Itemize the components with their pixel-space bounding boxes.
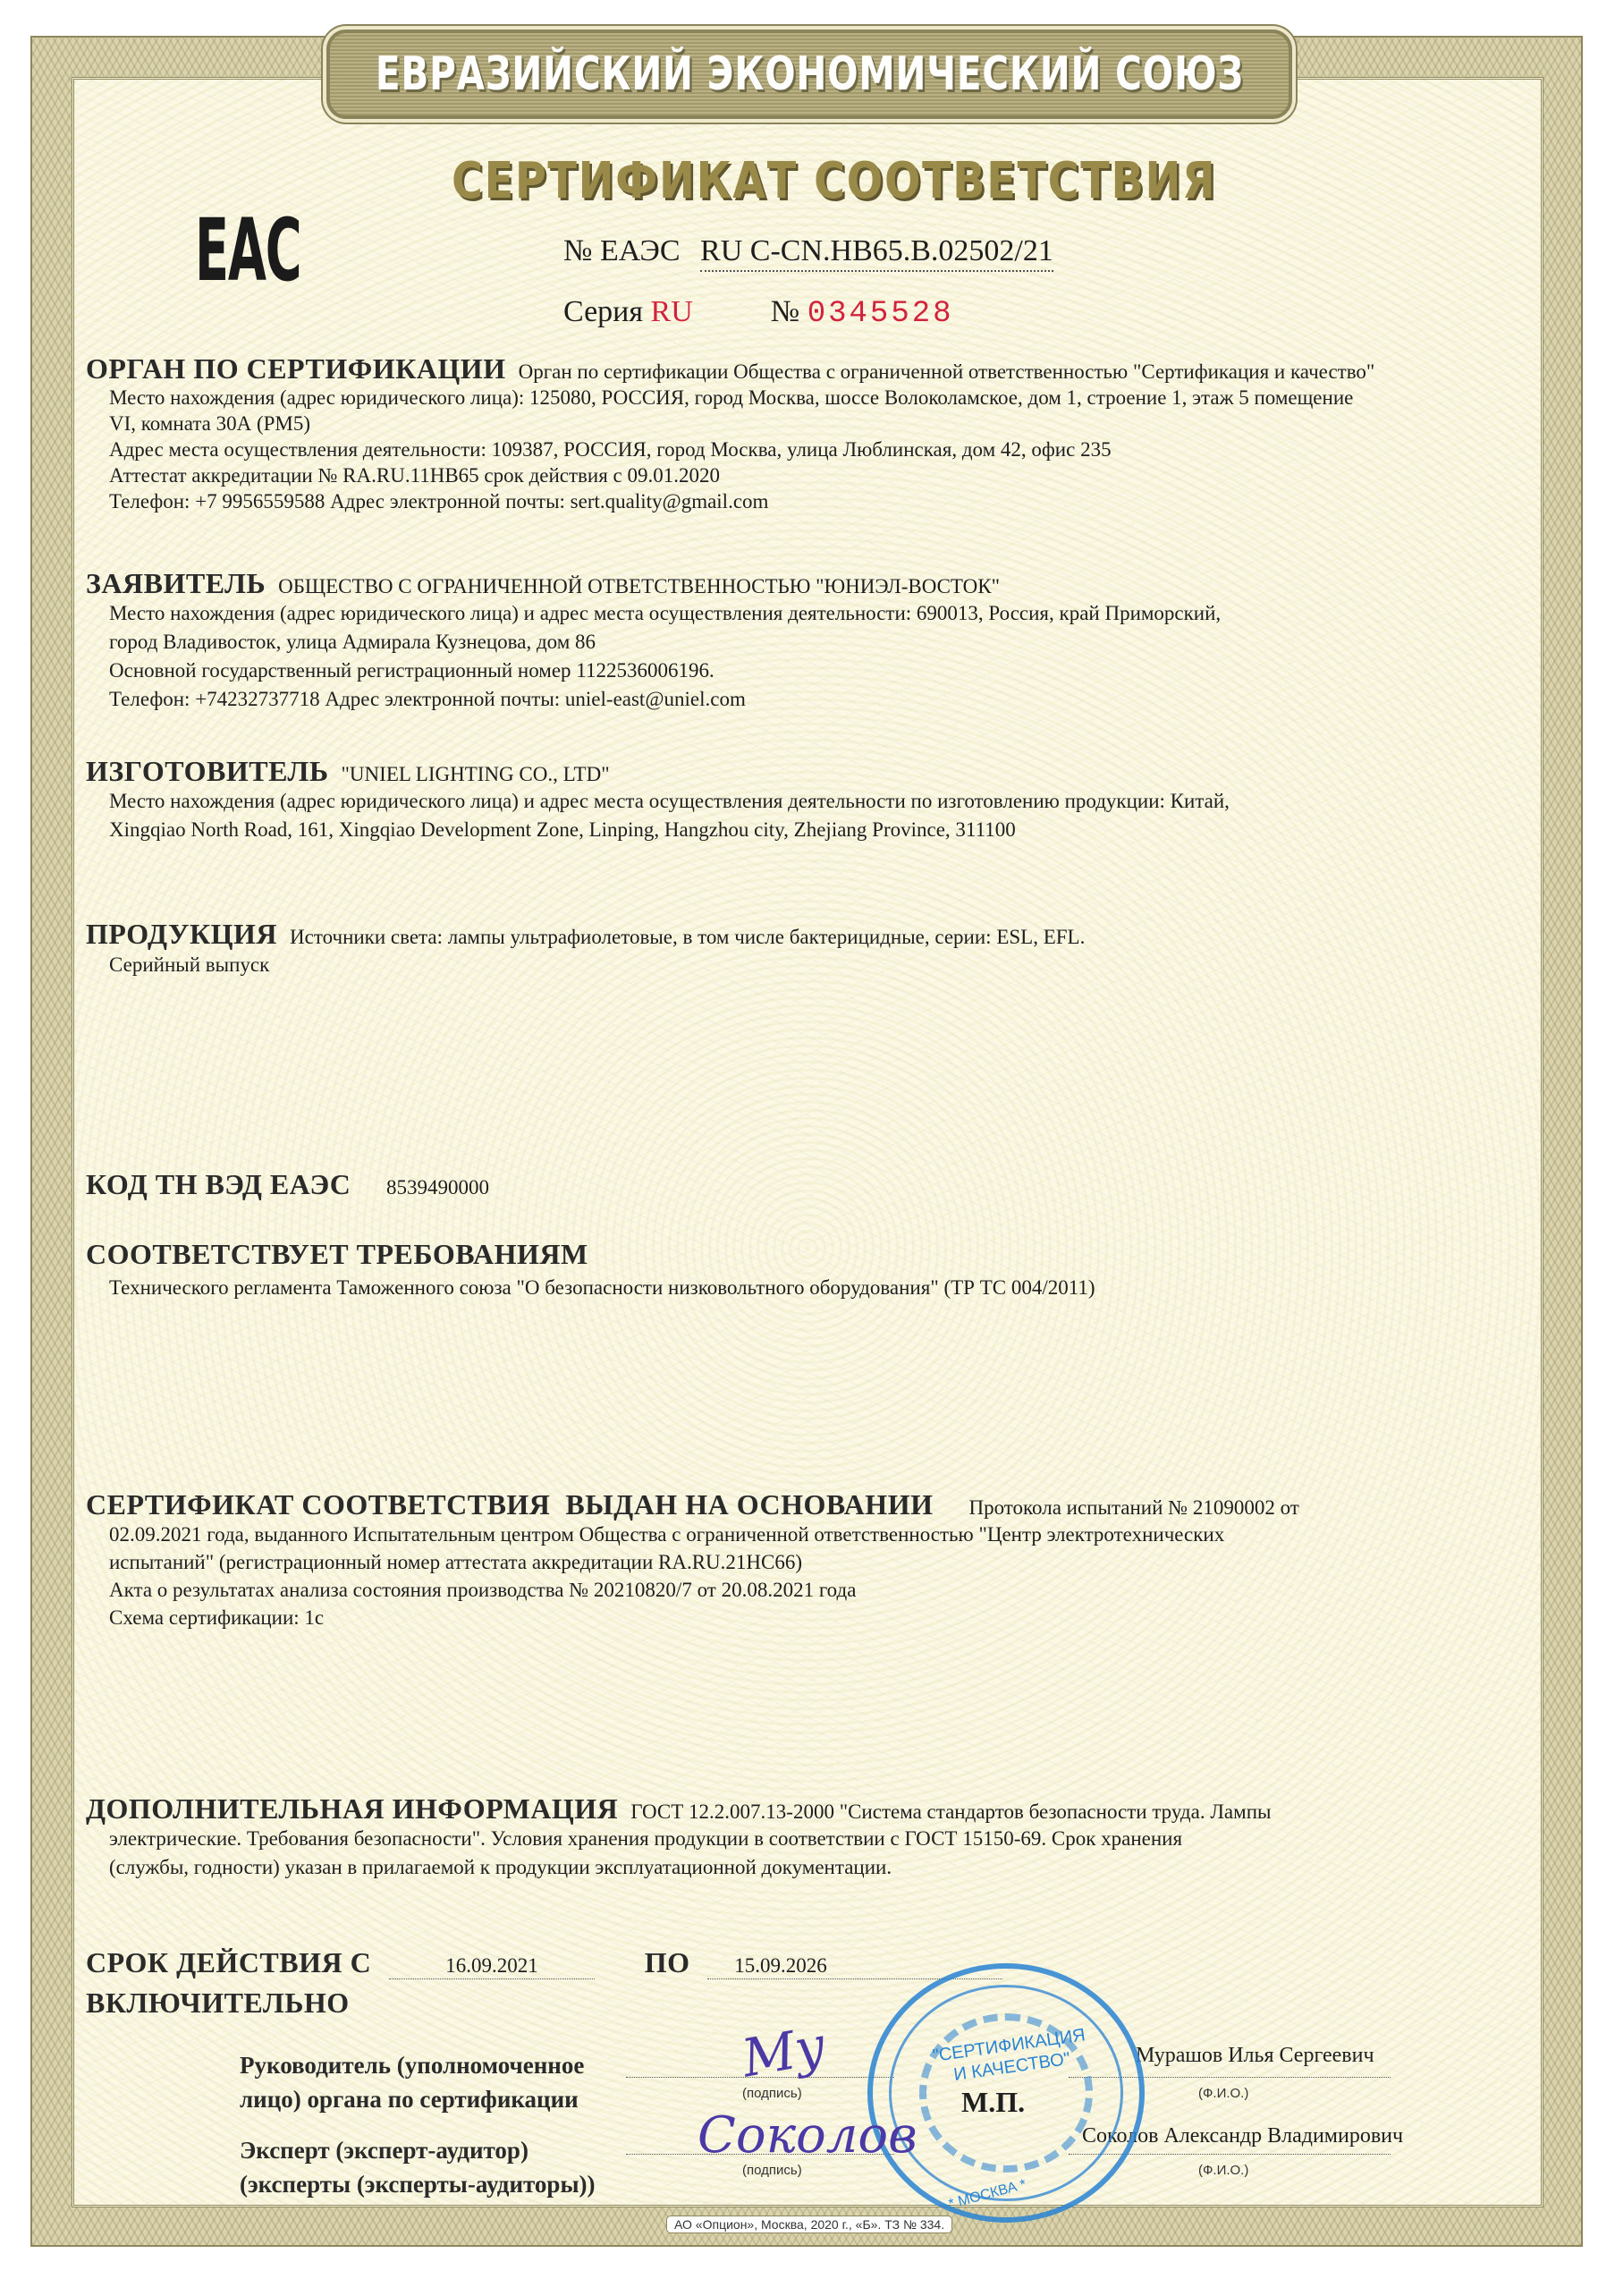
requirements-section: СООТВЕТСТВУЕТ ТРЕБОВАНИЯМ Технического р… — [86, 1241, 1517, 1306]
blank-number: 0345528 — [807, 297, 954, 331]
text-line: Адрес места осуществления деятельности: … — [86, 436, 1517, 462]
certification-body-section: ОРГАН ПО СЕРТИФИКАЦИИОрган по сертификац… — [86, 356, 1517, 514]
basis-section: СЕРТИФИКАТ СООТВЕТСТВИЯ ВЫДАН НА ОСНОВАН… — [86, 1492, 1517, 1631]
section-heading: ОРГАН ПО СЕРТИФИКАЦИИ — [86, 352, 506, 385]
validity-from-label: СРОК ДЕЙСТВИЯ С — [86, 1946, 371, 1978]
head-signatory-name: Мурашов Илья Сергеевич — [1136, 2044, 1374, 2068]
text-line: Схема сертификации: 1с — [86, 1604, 1517, 1631]
manufacturer-section: ИЗГОТОВИТЕЛЬ"UNIEL LIGHTING CO., LTD" Ме… — [86, 758, 1517, 844]
expert-signature: Соколов — [698, 2106, 917, 2165]
text-line: Акта о результатах анализа состояния про… — [86, 1576, 1517, 1604]
section-heading: ПРОДУКЦИЯ — [86, 918, 277, 950]
section-heading: КОД ТН ВЭД ЕАЭС — [86, 1168, 351, 1200]
text-line: Место нахождения (адрес юридического лиц… — [86, 599, 1517, 628]
banner-title: ЕВРАЗИЙСКИЙ ЭКОНОМИЧЕСКИЙ СОЮЗ — [375, 47, 1243, 101]
certification-body-name: Орган по сертификации Общества с огранич… — [519, 360, 1375, 383]
name-caption: (Ф.И.О.) — [1198, 2163, 1248, 2178]
label-line: Эксперт (эксперт-аудитор) — [240, 2133, 596, 2167]
validity-section: СРОК ДЕЙСТВИЯ С 16.09.2021 ПО 15.09.2026… — [86, 1950, 1517, 2019]
section-heading: ДОПОЛНИТЕЛЬНАЯ ИНФОРМАЦИЯ — [86, 1792, 618, 1825]
expert-label: Эксперт (эксперт-аудитор) (эксперты (экс… — [240, 2133, 596, 2201]
series-label: Серия — [563, 295, 643, 328]
label-line: лицо) органа по сертификации — [240, 2082, 584, 2116]
text-line: Аттестат аккредитации № RA.RU.11НВ65 сро… — [86, 462, 1517, 488]
union-banner: ЕВРАЗИЙСКИЙ ЭКОНОМИЧЕСКИЙ СОЮЗ — [326, 30, 1292, 119]
basis-first: Протокола испытаний № 21090002 от — [968, 1496, 1298, 1519]
name-caption: (Ф.И.О.) — [1198, 2086, 1248, 2101]
head-signatory-label: Руководитель (уполномоченное лицо) орган… — [240, 2048, 584, 2116]
series-line: Серия RU № 0345528 — [563, 295, 954, 331]
applicant-name: ОБЩЕСТВО С ОГРАНИЧЕННОЙ ОТВЕТСТВЕННОСТЬЮ… — [278, 575, 1000, 597]
label-line: (эксперты (эксперты-аудиторы)) — [240, 2167, 596, 2201]
section-heading: ИЗГОТОВИТЕЛЬ — [86, 755, 329, 787]
validity-to-label: ПО — [645, 1946, 690, 1978]
applicant-section: ЗАЯВИТЕЛЬОБЩЕСТВО С ОГРАНИЧЕННОЙ ОТВЕТСТ… — [86, 571, 1517, 714]
section-heading: СООТВЕТСТВУЕТ ТРЕБОВАНИЯМ — [86, 1238, 588, 1270]
label-line: Руководитель (уполномоченное — [240, 2048, 584, 2082]
text-line: Технического регламента Таможенного союз… — [86, 1270, 1517, 1306]
text-line: Xingqiao North Road, 161, Xingqiao Devel… — [86, 816, 1517, 844]
validity-from-date: 16.09.2021 — [389, 1953, 595, 1979]
registration-number: RU C-CN.НВ65.В.02502/21 — [700, 234, 1053, 272]
text-line: Серийный выпуск — [86, 950, 1517, 980]
product-section: ПРОДУКЦИЯИсточники света: лампы ультрафи… — [86, 921, 1517, 980]
text-line: Телефон: +7 9956559588 Адрес электронной… — [86, 488, 1517, 514]
printer-imprint: АО «Опцион», Москва, 2020 г., «Б». ТЗ № … — [666, 2216, 952, 2233]
text-line: Место нахождения (адрес юридического лиц… — [86, 787, 1517, 816]
seal-place-mark: М.П. — [961, 2086, 1025, 2119]
text-line: (службы, годности) указан в прилагаемой … — [86, 1853, 1517, 1882]
blank-number-label: № — [771, 295, 799, 328]
certificate-title: СЕРТИФИКАТ СООТВЕТСТВИЯ — [452, 152, 1075, 210]
registration-number-line: № ЕАЭС RU C-CN.НВ65.В.02502/21 — [563, 234, 1053, 272]
text-line: VI, комната 30А (РМ5) — [86, 411, 1517, 436]
validity-inclusive: ВКЛЮЧИТЕЛЬНО — [86, 1987, 350, 2019]
hs-code-section: КОД ТН ВЭД ЕАЭС 8539490000 — [86, 1172, 1517, 1200]
manufacturer-name: "UNIEL LIGHTING CO., LTD" — [342, 763, 610, 785]
text-line: электрические. Требования безопасности".… — [86, 1825, 1517, 1853]
text-line: Телефон: +74232737718 Адрес электронной … — [86, 685, 1517, 714]
text-line: испытаний" (регистрационный номер аттест… — [86, 1548, 1517, 1576]
text-line: город Владивосток, улица Адмирала Кузнец… — [86, 628, 1517, 657]
hs-code-value: 8539490000 — [386, 1176, 489, 1199]
eac-logo-icon: ЕАС — [195, 201, 236, 300]
text-line: Основной государственный регистрационный… — [86, 657, 1517, 685]
additional-info-section: ДОПОЛНИТЕЛЬНАЯ ИНФОРМАЦИЯГОСТ 12.2.007.1… — [86, 1796, 1517, 1882]
series-value: RU — [651, 295, 693, 328]
product-name: Источники света: лампы ультрафиолетовые,… — [290, 926, 1085, 948]
additional-first: ГОСТ 12.2.007.13-2000 "Система стандарто… — [630, 1800, 1271, 1823]
section-heading: СЕРТИФИКАТ СООТВЕТСТВИЯ ВЫДАН НА ОСНОВАН… — [86, 1488, 933, 1521]
registration-prefix: № ЕАЭС — [563, 234, 681, 267]
signature-caption: (подпись) — [742, 2163, 802, 2178]
section-heading: ЗАЯВИТЕЛЬ — [86, 567, 266, 599]
text-line: Место нахождения (адрес юридического лиц… — [86, 385, 1517, 411]
text-line: 02.09.2021 года, выданного Испытательным… — [86, 1521, 1517, 1548]
